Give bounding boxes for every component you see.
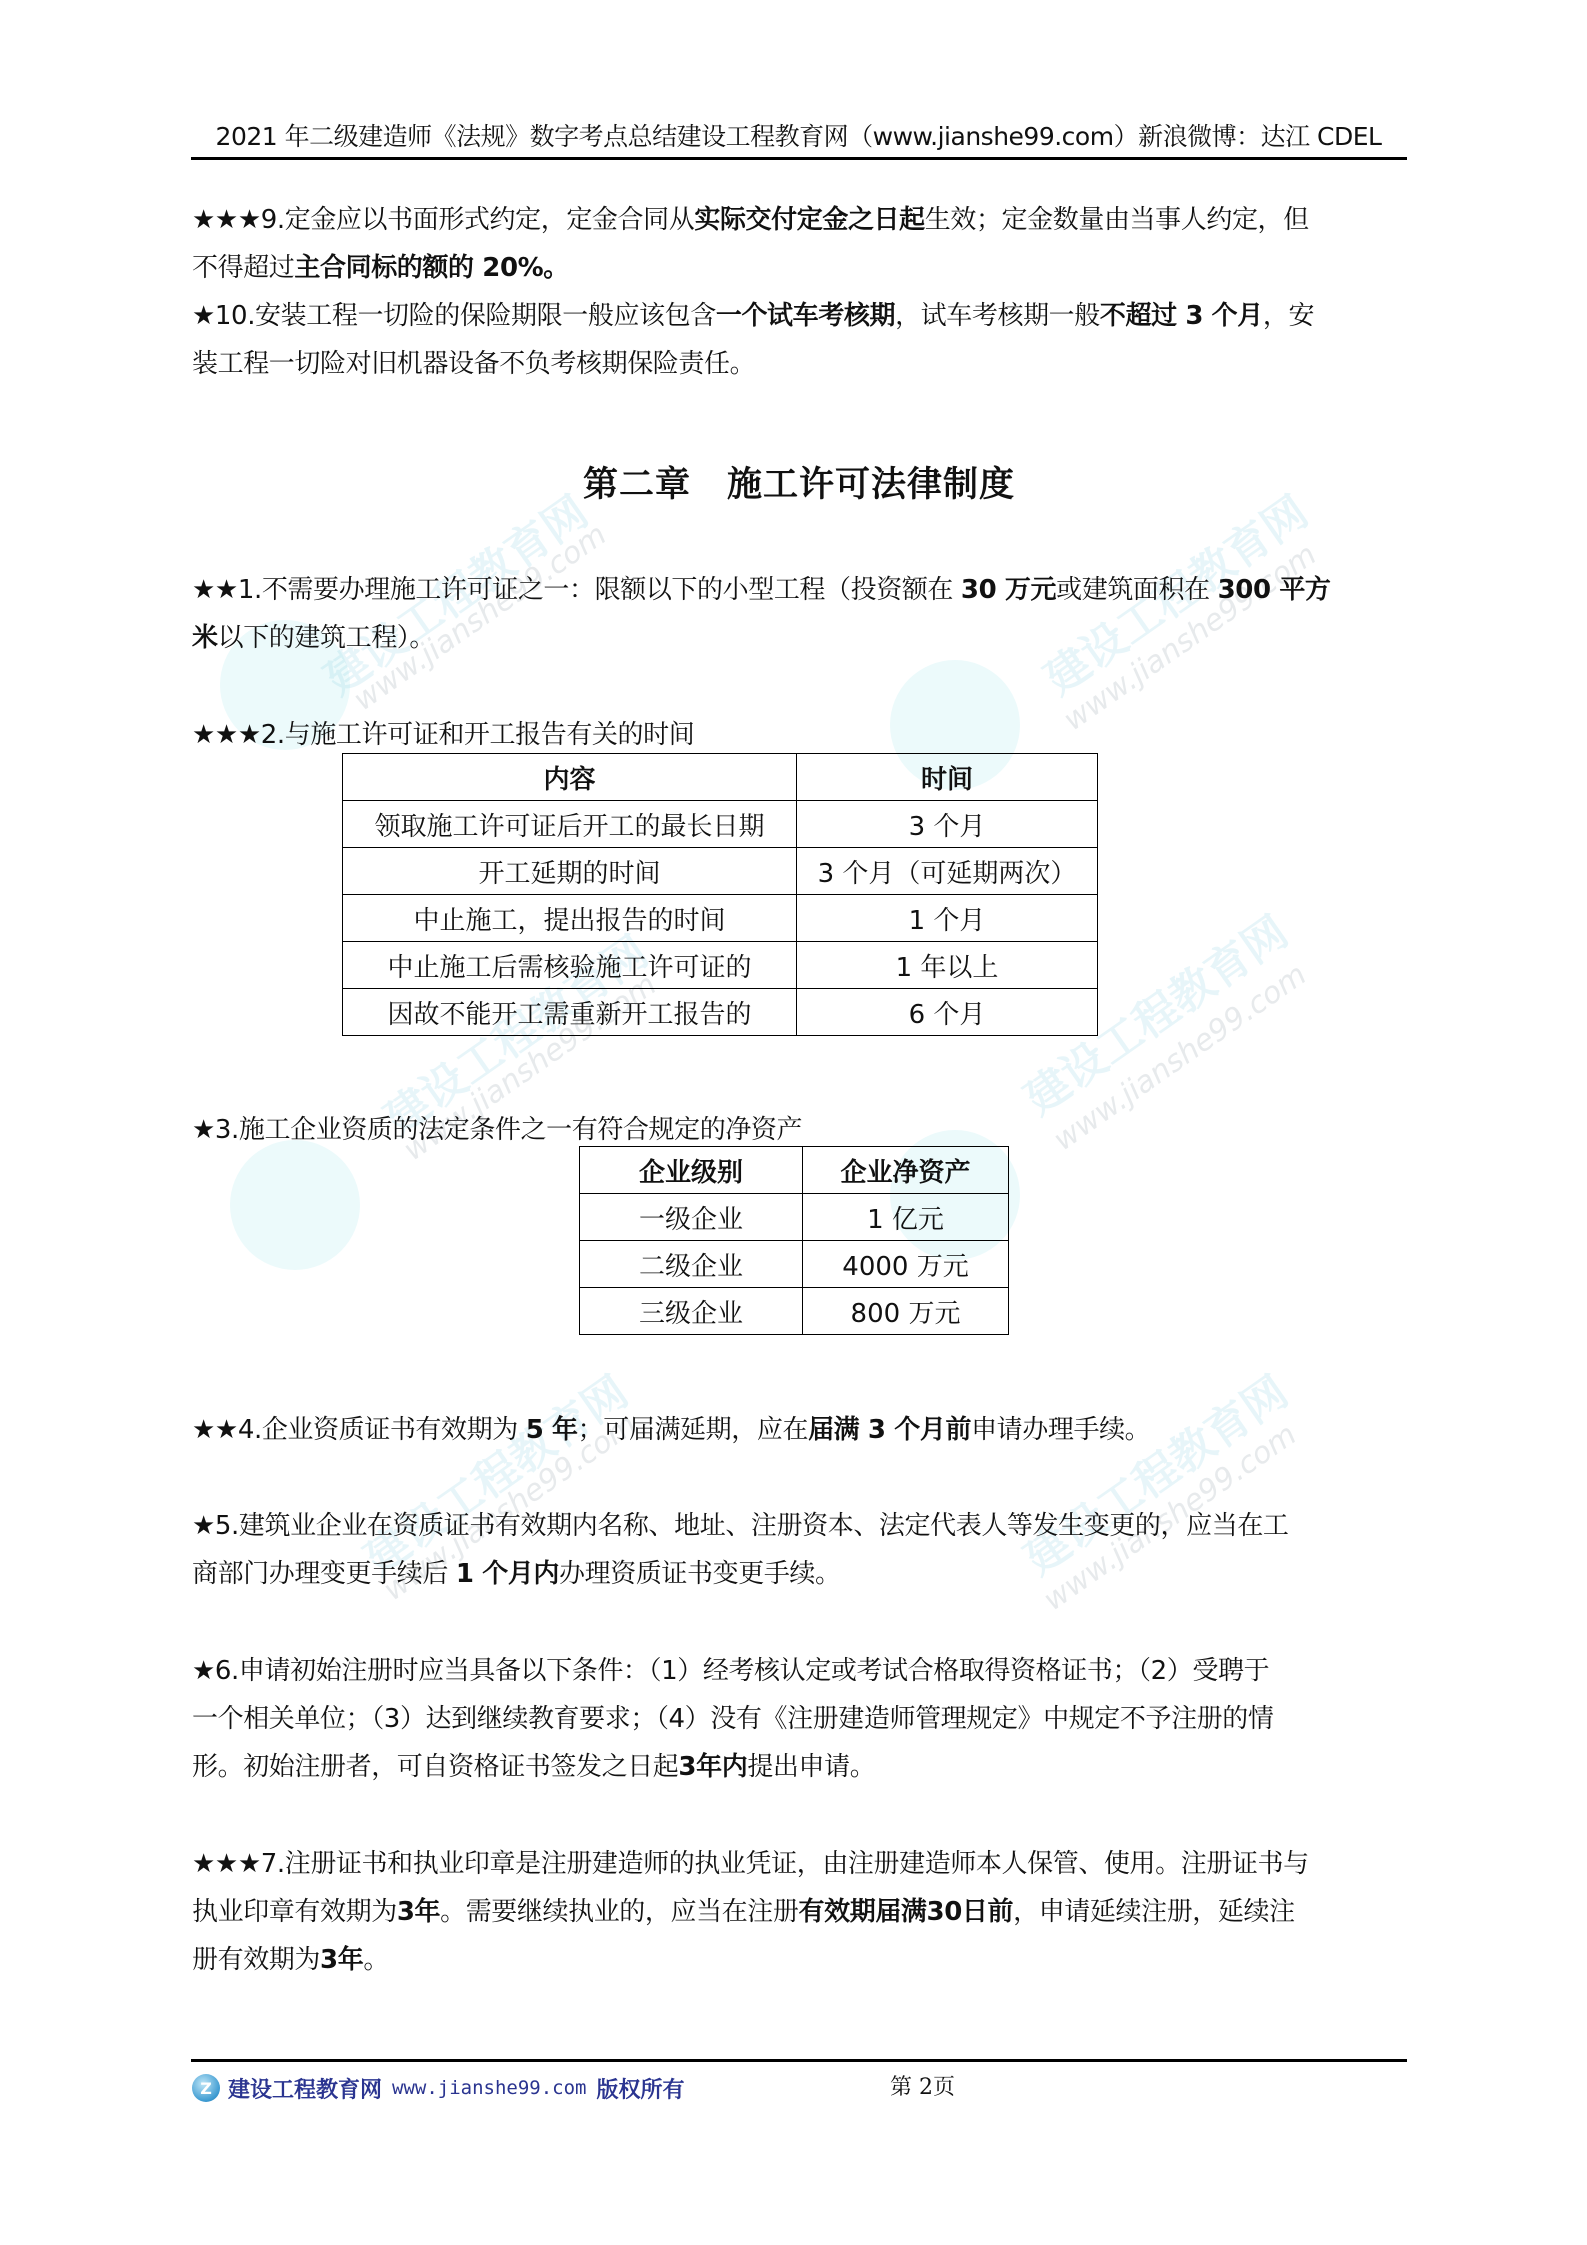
table-cell: 1 年以上 — [797, 942, 1098, 989]
column-header: 企业净资产 — [803, 1147, 1009, 1194]
chapter-item-5: ★5.建筑业企业在资质证书有效期内名称、地址、注册资本、法定代表人等发生变更的，… — [192, 1502, 1406, 1598]
bold-text: 米 — [192, 623, 218, 653]
table-cell: 一级企业 — [580, 1194, 803, 1241]
table-cell: 因故不能开工需重新开工报告的 — [343, 989, 797, 1036]
header-divider — [191, 157, 1407, 160]
table-cell: 3 个月（可延期两次） — [797, 848, 1098, 895]
footer-url: www.jianshe99.com — [392, 2077, 586, 2099]
text: 不得超过 — [192, 253, 294, 283]
bold-text: 5 年 — [526, 1415, 578, 1445]
bold-text: 有效期届满30日前 — [799, 1897, 1014, 1927]
text: 以下的建筑工程）。 — [218, 623, 435, 653]
net-assets-table: 企业级别 企业净资产 一级企业1 亿元 二级企业4000 万元 三级企业800 … — [579, 1146, 1009, 1335]
text: ；可届满延期，应在 — [578, 1415, 808, 1445]
permit-time-table: 内容 时间 领取施工许可证后开工的最长日期3 个月 开工延期的时间3 个月（可延… — [342, 753, 1098, 1036]
text: 一个相关单位；（3）达到继续教育要求；（4）没有《注册建造师管理规定》中规定不予… — [192, 1704, 1274, 1734]
bold-text: 不超过 3 个月 — [1100, 301, 1263, 331]
table-cell: 800 万元 — [803, 1288, 1009, 1335]
text: ★★1.不需要办理施工许可证之一：限额以下的小型工程（投资额在 — [192, 575, 961, 605]
text: 商部门办理变更手续后 — [192, 1559, 456, 1589]
footer-site-name: 建设工程教育网 — [228, 2073, 382, 2104]
item-10: ★10.安装工程一切险的保险期限一般应该包含一个试车考核期，试车考核期一般不超过… — [192, 292, 1406, 388]
chapter-item-6: ★6.申请初始注册时应当具备以下条件：（1）经考核认定或考试合格取得资格证书；（… — [192, 1647, 1406, 1791]
table-cell: 开工延期的时间 — [343, 848, 797, 895]
table-cell: 3 个月 — [797, 801, 1098, 848]
footer-divider — [191, 2059, 1407, 2062]
column-header: 时间 — [797, 754, 1098, 801]
chapter-title: 第二章 施工许可法律制度 — [192, 460, 1406, 510]
table-cell: 6 个月 — [797, 989, 1098, 1036]
table-header-row: 内容 时间 — [343, 754, 1098, 801]
text: 办理资质证书变更手续。 — [559, 1559, 841, 1589]
table-cell: 三级企业 — [580, 1288, 803, 1335]
text: 提出申请。 — [747, 1752, 875, 1782]
footer-brand: Z 建设工程教育网 www.jianshe99.com 版权所有 — [192, 2072, 685, 2104]
bold-text: 30 万元 — [961, 575, 1056, 605]
site-logo-icon: Z — [192, 2074, 220, 2102]
text: ★★★9.定金应以书面形式约定，定金合同从 — [192, 205, 694, 235]
bold-text: 3年内 — [678, 1752, 747, 1782]
column-header: 企业级别 — [580, 1147, 803, 1194]
text: ★5.建筑业企业在资质证书有效期内名称、地址、注册资本、法定代表人等发生变更的，… — [192, 1511, 1289, 1541]
table-cell: 1 亿元 — [803, 1194, 1009, 1241]
table-cell: 中止施工后需核验施工许可证的 — [343, 942, 797, 989]
item-9: ★★★9.定金应以书面形式约定，定金合同从实际交付定金之日起生效；定金数量由当事… — [192, 196, 1406, 292]
table-row: 因故不能开工需重新开工报告的6 个月 — [343, 989, 1098, 1036]
text: 执业印章有效期为 — [192, 1897, 397, 1927]
text: 册有效期为 — [192, 1945, 320, 1975]
watermark-logo — [230, 1140, 360, 1270]
page-number: 第 2页 — [890, 2072, 955, 2104]
bold-text: 一个试车考核期 — [716, 301, 895, 331]
text: 装工程一切险对旧机器设备不负考核期保险责任。 — [192, 349, 755, 379]
page-header: 2021 年二级建造师《法规》数字考点总结建设工程教育网（www.jianshe… — [192, 118, 1405, 156]
table-row: 领取施工许可证后开工的最长日期3 个月 — [343, 801, 1098, 848]
text: ，试车考核期一般 — [895, 301, 1100, 331]
text: ★6.申请初始注册时应当具备以下条件：（1）经考核认定或考试合格取得资格证书；（… — [192, 1656, 1269, 1686]
text: ，安 — [1263, 301, 1314, 331]
table-header-row: 企业级别 企业净资产 — [580, 1147, 1009, 1194]
column-header: 内容 — [343, 754, 797, 801]
bold-text: 实际交付定金之日起 — [694, 205, 924, 235]
bold-text: 3年 — [397, 1897, 440, 1927]
bold-text: 届满 3 个月前 — [808, 1415, 971, 1445]
table-row: 二级企业4000 万元 — [580, 1241, 1009, 1288]
table-cell: 领取施工许可证后开工的最长日期 — [343, 801, 797, 848]
footer-rights: 版权所有 — [596, 2073, 684, 2104]
text: 申请办理手续。 — [971, 1415, 1150, 1445]
text: ，申请延续注册，延续注 — [1013, 1897, 1295, 1927]
chapter-item-7: ★★★7.注册证书和执业印章是注册建造师的执业凭证，由注册建造师本人保管、使用。… — [192, 1840, 1406, 1984]
text: 。 — [363, 1945, 389, 1975]
chapter-item-4: ★★4.企业资质证书有效期为 5 年；可届满延期，应在届满 3 个月前申请办理手… — [192, 1406, 1406, 1454]
table-row: 中止施工，提出报告的时间1 个月 — [343, 895, 1098, 942]
chapter-item-1: ★★1.不需要办理施工许可证之一：限额以下的小型工程（投资额在 30 万元或建筑… — [192, 566, 1406, 662]
table-cell: 4000 万元 — [803, 1241, 1009, 1288]
table-row: 三级企业800 万元 — [580, 1288, 1009, 1335]
bold-text: 1 个月内 — [456, 1559, 559, 1589]
text: 形。初始注册者，可自资格证书签发之日起 — [192, 1752, 678, 1782]
table-row: 中止施工后需核验施工许可证的1 年以上 — [343, 942, 1098, 989]
bold-text: 主合同标的额的 20%。 — [294, 253, 569, 283]
table-row: 开工延期的时间3 个月（可延期两次） — [343, 848, 1098, 895]
text: 或建筑面积在 — [1056, 575, 1217, 605]
table-cell: 二级企业 — [580, 1241, 803, 1288]
bold-text: 3年 — [320, 1945, 363, 1975]
table-cell: 1 个月 — [797, 895, 1098, 942]
text: 生效；定金数量由当事人约定，但 — [925, 205, 1309, 235]
bold-text: 300 平方 — [1218, 575, 1331, 605]
text: ★10.安装工程一切险的保险期限一般应该包含 — [192, 301, 716, 331]
text: ★★★7.注册证书和执业印章是注册建造师的执业凭证，由注册建造师本人保管、使用。… — [192, 1849, 1309, 1879]
table-cell: 中止施工，提出报告的时间 — [343, 895, 797, 942]
table-row: 一级企业1 亿元 — [580, 1194, 1009, 1241]
text: ★★4.企业资质证书有效期为 — [192, 1415, 526, 1445]
chapter-item-2: ★★★2.与施工许可证和开工报告有关的时间 — [192, 711, 1406, 759]
text: 。需要继续执业的，应当在注册 — [440, 1897, 798, 1927]
